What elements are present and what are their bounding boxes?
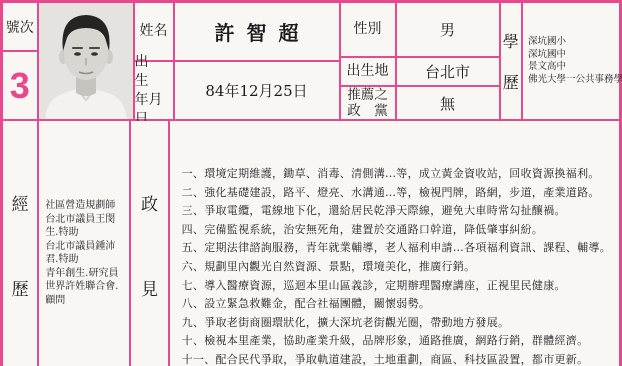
education-label-char1: 學 xyxy=(503,29,519,52)
birthdate-label-line1: 出 生 xyxy=(135,53,173,91)
experience-label-char2: 歷 xyxy=(12,275,29,300)
policy-item: 八、設立緊急救難金，配合社福團體，關懷弱勢。 xyxy=(182,295,611,314)
policy-list: 一、環境定期維護，鋤草、消毒、清側溝…等，成立黃金資收站，回收資源換福利。 二、… xyxy=(170,121,619,366)
policy-item: 十一、配合民代爭取，爭取軌道建設，土地重劃，商區、科技區設置，都市更新。 xyxy=(182,351,611,366)
policy-item: 二、強化基礎建設，路平、燈亮、水溝通…等，檢視門牌，路網，步道，產業道路。 xyxy=(182,184,611,203)
birthdate-label: 出 生 年月日 xyxy=(135,62,173,119)
candidate-name: 許智超 xyxy=(175,3,339,60)
policy-label: 政 見 xyxy=(131,121,167,366)
birthdate-value: 84年12月25日 xyxy=(175,62,339,119)
party-label: 推薦之 政 黨 xyxy=(341,87,395,119)
education-item: 景文高中 xyxy=(528,61,619,74)
candidate-photo-image xyxy=(39,3,133,119)
policy-item: 九、爭取老街商圈環狀化，擴大深坑老街觀光圈，帶動地方發展。 xyxy=(182,314,611,333)
education-item: 佛光大學一公共事務學系 xyxy=(528,74,619,87)
policy-label-char2: 見 xyxy=(141,275,158,300)
education-label: 學 歷 xyxy=(501,3,521,119)
birthplace-value: 台北市 xyxy=(397,58,499,85)
experience-item: 世界許姓聯合會.顧問 xyxy=(45,280,125,307)
party-value: 無 xyxy=(397,87,499,119)
gender-birthplace-party-grid: 性別 男 出生地 台北市 推薦之 政 黨 無 xyxy=(341,3,499,119)
education-list: 深坑國小 深坑國中 景文高中 佛光大學一公共事務學系 xyxy=(523,3,619,119)
ballot-number-column: 號次 3 xyxy=(3,3,37,119)
policy-item: 五、定期法律諮詢服務，青年就業輔導，老人福利申請…各項福利資訊、課程、輔導。 xyxy=(182,239,611,258)
name-label: 姓名 xyxy=(135,3,173,60)
party-label-line2: 政 黨 xyxy=(347,103,388,119)
policy-item: 七、導入醫療資源，巡迴本里山區義診，定期辦理醫療講座，正視里民健康。 xyxy=(182,277,611,296)
policy-item: 一、環境定期維護，鋤草、消毒、清側溝…等，成立黃金資收站，回收資源換福利。 xyxy=(182,165,611,184)
party-label-line1: 推薦之 xyxy=(347,87,388,103)
candidate-header-section: 號次 3 xyxy=(3,3,619,119)
ballot-number-label: 號次 xyxy=(3,3,37,50)
experience-item: 青年創生.研究員 xyxy=(45,267,125,281)
experience-item: 台北市議員王閔生.特助 xyxy=(45,213,125,240)
policy-label-char1: 政 xyxy=(141,190,158,215)
candidate-info-card: 號次 3 xyxy=(0,0,622,366)
education-item: 深坑國小 xyxy=(528,36,619,49)
education-item: 深坑國中 xyxy=(528,49,619,62)
experience-label-char1: 經 xyxy=(12,190,29,215)
policy-item: 三、爭取電纜，電線地下化，還給居民乾淨天際線，避免大車時常勾扯釀禍。 xyxy=(182,202,611,221)
policy-item: 十、檢視本里產業，協助產業升級，品牌形象，通路推廣，網路行銷，群體經濟。 xyxy=(182,332,611,351)
experience-list: 社區營造規劃師 台北市議員王閔生.特助 台北市議員鍾沛君.特助 青年創生.研究員… xyxy=(39,121,129,366)
experience-policy-section: 經 歷 社區營造規劃師 台北市議員王閔生.特助 台北市議員鍾沛君.特助 青年創生… xyxy=(3,121,619,366)
policy-item: 六、規劃里內觀光自然資源、景點，環境美化，推廣行銷。 xyxy=(182,258,611,277)
experience-item: 台北市議員鍾沛君.特助 xyxy=(45,240,125,267)
gender-value: 男 xyxy=(397,3,499,56)
candidate-photo xyxy=(39,3,133,119)
gender-label: 性別 xyxy=(341,3,395,56)
education-label-char2: 歷 xyxy=(503,70,519,93)
experience-label: 經 歷 xyxy=(3,121,37,366)
experience-item: 社區營造規劃師 xyxy=(45,199,125,213)
name-birth-grid: 姓名 許智超 出 生 年月日 84年12月25日 xyxy=(135,3,339,119)
ballot-number-value: 3 xyxy=(3,52,37,119)
birthplace-label: 出生地 xyxy=(341,58,395,85)
policy-item: 四、完備監視系統，治安無死角，建置於交通路口幹道，降低肇事糾紛。 xyxy=(182,221,611,240)
